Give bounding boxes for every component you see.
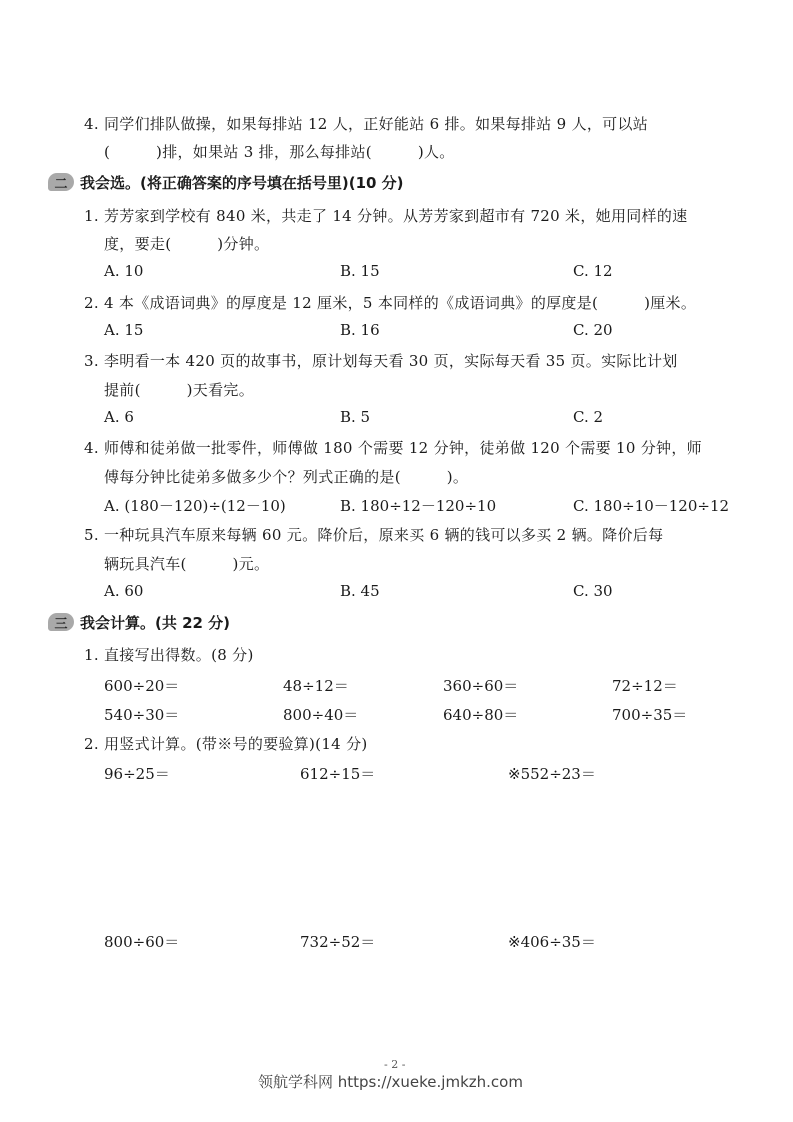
vertical-calc-item: 732÷52＝ xyxy=(300,931,375,952)
mental-calc-item: 360÷60＝ xyxy=(443,675,518,696)
choice-q2-option-b: B. 16 xyxy=(340,321,380,339)
vertical-calc-item: ※406÷35＝ xyxy=(508,931,596,952)
section-3-badge-icon: 三 xyxy=(48,613,74,631)
mental-calc-item: 48÷12＝ xyxy=(283,675,349,696)
section-3-header: 三 我会计算。(共 22 分) xyxy=(48,610,230,634)
choice-q2-option-c: C. 20 xyxy=(573,321,613,339)
section-2-badge-icon: 二 xyxy=(48,173,74,191)
choice-q4-option-a: A. (180－120)÷(12－10) xyxy=(104,495,286,516)
section-3-title: 我会计算。(共 22 分) xyxy=(80,612,230,633)
choice-q1-option-b: B. 15 xyxy=(340,262,380,280)
vertical-calc-item: 612÷15＝ xyxy=(300,763,375,784)
vertical-calc-item: 96÷25＝ xyxy=(104,763,170,784)
vertical-calc-item: 800÷60＝ xyxy=(104,931,179,952)
mental-calc-item: 640÷80＝ xyxy=(443,704,518,725)
mental-calc-item: 600÷20＝ xyxy=(104,675,179,696)
choice-q5-option-a: A. 60 xyxy=(104,582,143,600)
choice-q1-option-a: A. 10 xyxy=(104,262,143,280)
section-2-title: 我会选。(将正确答案的序号填在括号里)(10 分) xyxy=(80,172,404,193)
choice-q4-line1: 4. 师傅和徒弟做一批零件，师傅做 180 个需要 12 分钟，徒弟做 120 … xyxy=(84,437,702,458)
choice-q5-line1: 5. 一种玩具汽车原来每辆 60 元。降价后，原来买 6 辆的钱可以多买 2 辆… xyxy=(84,524,663,545)
vertical-calc-item: ※552÷23＝ xyxy=(508,763,596,784)
choice-q4-option-c: C. 180÷10－120÷12 xyxy=(573,495,729,516)
choice-q3-line1: 3. 李明看一本 420 页的故事书，原计划每天看 30 页，实际每天看 35 … xyxy=(84,350,678,371)
fill-q4-line1: 4. 同学们排队做操，如果每排站 12 人，正好能站 6 排。如果每排站 9 人… xyxy=(84,113,648,134)
choice-q3-option-a: A. 6 xyxy=(104,408,134,426)
fill-q4-line2: ( )排，如果站 3 排，那么每排站( )人。 xyxy=(104,141,455,162)
choice-q1-line2: 度，要走( )分钟。 xyxy=(104,233,269,254)
choice-q3-option-b: B. 5 xyxy=(340,408,370,426)
choice-q4-line2: 傅每分钟比徒弟多做多少个？列式正确的是( )。 xyxy=(104,466,468,487)
choice-q5-line2: 辆玩具汽车( )元。 xyxy=(104,553,269,574)
choice-q1-line1: 1. 芳芳家到学校有 840 米，共走了 14 分钟。从芳芳家到超市有 720 … xyxy=(84,205,687,226)
choice-q4-option-b: B. 180÷12－120÷10 xyxy=(340,495,496,516)
choice-q5-option-c: C. 30 xyxy=(573,582,613,600)
choice-q2-option-a: A. 15 xyxy=(104,321,143,339)
mental-calc-item: 700÷35＝ xyxy=(612,704,687,725)
choice-q5-option-b: B. 45 xyxy=(340,582,380,600)
choice-q3-option-c: C. 2 xyxy=(573,408,603,426)
section-2-header: 二 我会选。(将正确答案的序号填在括号里)(10 分) xyxy=(48,170,404,194)
mental-calc-item: 800÷40＝ xyxy=(283,704,358,725)
choice-q3-line2: 提前( )天看完。 xyxy=(104,379,254,400)
mental-calc-item: 72÷12＝ xyxy=(612,675,678,696)
choice-q1-option-c: C. 12 xyxy=(573,262,613,280)
calc-sub2-title: 2. 用竖式计算。(带※号的要验算)(14 分) xyxy=(84,733,368,754)
choice-q2-line1: 2. 4 本《成语词典》的厚度是 12 厘米，5 本同样的《成语词典》的厚度是(… xyxy=(84,292,696,313)
mental-calc-item: 540÷30＝ xyxy=(104,704,179,725)
calc-sub1-title: 1. 直接写出得数。(8 分) xyxy=(84,644,254,665)
footer-site-link[interactable]: 领航学科网 https://xueke.jmkzh.com xyxy=(258,1071,523,1092)
page-number: - 2 - xyxy=(384,1058,405,1071)
